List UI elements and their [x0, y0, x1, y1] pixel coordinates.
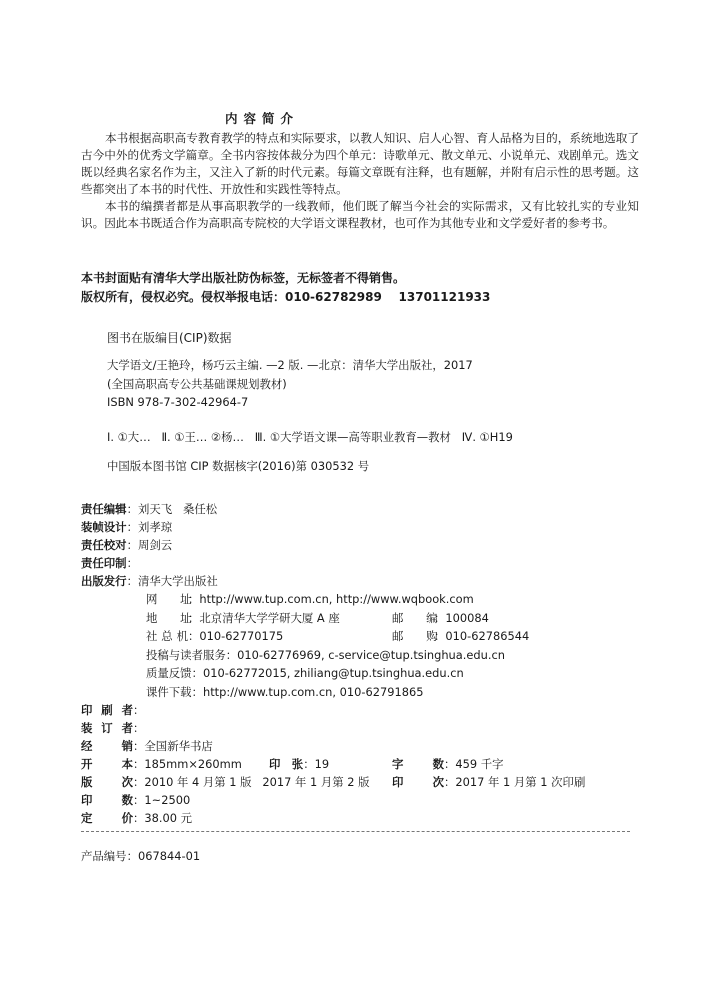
- summary-body: 本书根据高职高专教育教学的特点和实际要求，以教人知识、启人心智、育人品格为目的，…: [81, 130, 639, 232]
- publisher-mail-order: 邮 购：010-62786544: [392, 628, 529, 644]
- binder: 装 订 者：: [81, 720, 144, 736]
- publisher-courseware: 课件下载：http://www.tup.com.cn, 010-62791865: [146, 684, 423, 700]
- sheets: 印 张：19: [269, 756, 329, 772]
- printer: 印 刷 者：: [81, 702, 144, 718]
- summary-paragraph-1: 本书根据高职高专教育教学的特点和实际要求，以教人知识、启人心智、育人品格为目的，…: [81, 130, 639, 198]
- staff-publisher: 出版发行：清华大学出版社: [81, 573, 218, 589]
- service-email: 010-62776969, c-service@tup.tsinghua.edu…: [237, 648, 505, 662]
- quality-email: 010-62772015, zhiliang@tup.tsinghua.edu.…: [203, 666, 464, 680]
- page-title: 内容简介: [0, 109, 524, 127]
- staff-proofreader: 责任校对：周剑云: [81, 537, 172, 553]
- staff-editor: 责任编辑：刘天飞 桑任松: [81, 501, 217, 517]
- publisher-address: 地 址：北京清华大学学研大厦 A 座: [146, 610, 340, 626]
- publisher-quality-feedback: 质量反馈：010-62772015, zhiliang@tup.tsinghua…: [146, 665, 464, 681]
- anti-counterfeit-notice: 本书封面贴有清华大学出版社防伪标签，无标签者不得销售。: [81, 269, 405, 286]
- price: 定 价：38.00 元: [81, 810, 192, 826]
- publisher-postcode: 邮 编：100084: [392, 610, 489, 626]
- publisher-switchboard: 社 总 机：010-62770175: [146, 628, 283, 644]
- staff-designer: 装帧设计：刘孝琼: [81, 519, 172, 535]
- word-count: 字 数：459 千字: [392, 756, 504, 772]
- print-run: 印 数：1~2500: [81, 792, 190, 808]
- publisher-website: 网 址：http://www.tup.com.cn, http://www.wq…: [146, 591, 474, 607]
- cip-entry: 大学语文/王艳玲，杨巧云主编. —2 版. —北京：清华大学出版社，2017: [107, 357, 473, 373]
- impression: 印 次：2017 年 1 月第 1 次印刷: [392, 774, 585, 790]
- publisher-submission-service: 投稿与读者服务：010-62776969, c-service@tup.tsin…: [146, 647, 505, 663]
- copyright-notice: 版权所有，侵权必究。侵权举报电话：010-62782989 1370112193…: [81, 288, 490, 305]
- cip-classification: Ⅰ. ①大… Ⅱ. ①王… ②杨… Ⅲ. ①大学语文课—高等职业教育—教材 Ⅳ.…: [107, 429, 513, 445]
- summary-paragraph-2: 本书的编撰者都是从事高职教学的一线教师，他们既了解当今社会的实际需求，又有比较扎…: [81, 198, 639, 232]
- cip-title: 图书在版编目(CIP)数据: [107, 329, 232, 346]
- edition: 版 次：2010 年 4 月第 1 版 2017 年 1 月第 2 版: [81, 774, 370, 790]
- format: 开 本：185mm×260mm: [81, 756, 242, 772]
- cip-record: 中国版本图书馆 CIP 数据核字(2016)第 030532 号: [107, 458, 369, 474]
- distributor: 经 销：全国新华书店: [81, 738, 213, 754]
- dashed-divider: [81, 831, 630, 832]
- cip-series: (全国高职高专公共基础课规划教材): [107, 376, 287, 392]
- staff-print-supervisor: 责任印制：: [81, 555, 138, 571]
- cip-isbn: ISBN 978-7-302-42964-7: [107, 395, 248, 409]
- product-code: 产品编号：067844-01: [81, 848, 200, 864]
